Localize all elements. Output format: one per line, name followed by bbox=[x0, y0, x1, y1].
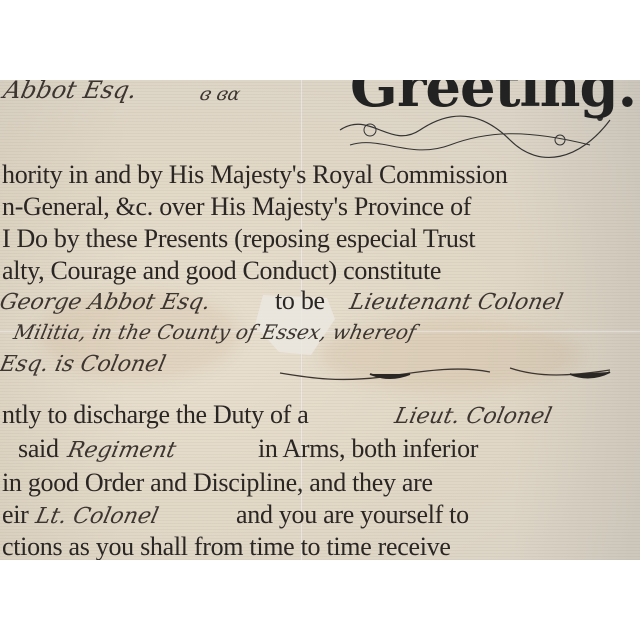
handwritten-name: George Abbot Esq. bbox=[0, 290, 213, 315]
print-line-2: n-General, &c. over His Majesty's Provin… bbox=[2, 192, 471, 222]
document-photo: Abbot Esq. ɞ ɞɑ Greeting. hority in and … bbox=[0, 80, 640, 560]
print-duty-line: ntly to discharge the Duty of a bbox=[2, 400, 308, 430]
print-to-be: to be bbox=[275, 286, 325, 316]
print-instructions-line: ctions as you shall from time to time re… bbox=[2, 532, 451, 560]
print-line-4: alty, Courage and good Conduct) constitu… bbox=[2, 256, 441, 286]
print-arms-line: in Arms, both inferior bbox=[258, 434, 478, 464]
handwritten-rank: Lieutenant Colonel bbox=[347, 290, 565, 315]
print-line-3: I Do by these Presents (reposing especia… bbox=[2, 224, 475, 254]
print-their: eir bbox=[2, 500, 29, 530]
greeting-heading: Greeting. bbox=[350, 80, 636, 120]
handwritten-unit: Regiment bbox=[65, 438, 178, 463]
print-yourself-line: and you are yourself to bbox=[236, 500, 469, 530]
ink-swash-icon bbox=[270, 358, 630, 388]
print-order-line: in good Order and Discipline, and they a… bbox=[2, 468, 433, 498]
print-said: said bbox=[18, 434, 59, 464]
handwritten-their-rank: Lt. Colonel bbox=[33, 504, 160, 529]
handwritten-name-top: Abbot Esq. bbox=[1, 80, 140, 104]
handwritten-militia-line: Militia, in the County of Essex, whereof bbox=[11, 320, 418, 344]
handwritten-flourish: ɞ ɞɑ bbox=[198, 84, 242, 105]
handwritten-colonel-line: Esq. is Colonel bbox=[0, 352, 168, 377]
print-line-1: hority in and by His Majesty's Royal Com… bbox=[2, 160, 508, 190]
handwritten-duty-rank: Lieut. Colonel bbox=[392, 404, 554, 429]
